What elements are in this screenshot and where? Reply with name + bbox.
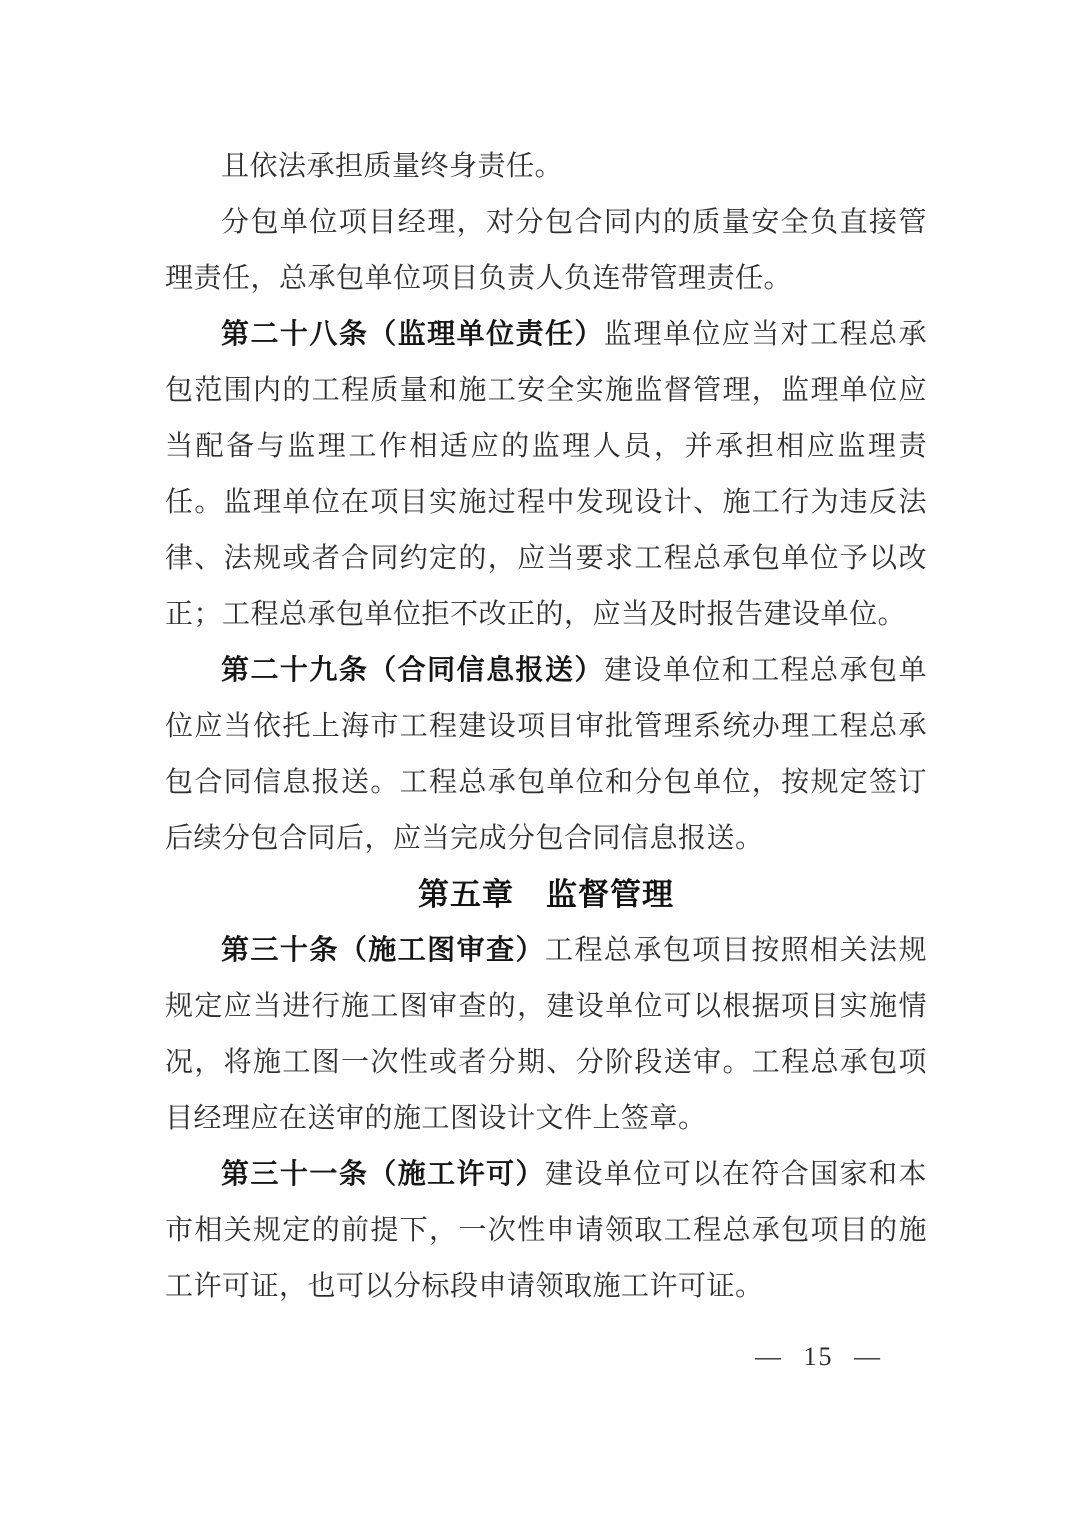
article-heading: 第三十一条（施工许可） xyxy=(221,1159,545,1190)
document-body: 且依法承担质量终身责任。分包单位项目经理，对分包合同内的质量安全负直接管理责任，… xyxy=(165,139,927,1373)
paragraph: 且依法承担质量终身责任。 xyxy=(165,139,927,195)
paragraph: 第三十条（施工图审查）工程总承包项目按照相关法规规定应当进行施工图审查的，建设单… xyxy=(165,923,927,1147)
paragraph: 第二十八条（监理单位责任）监理单位应当对工程总承包范围内的工程质量和施工安全实施… xyxy=(165,307,927,643)
paragraph-container: 且依法承担质量终身责任。分包单位项目经理，对分包合同内的质量安全负直接管理责任，… xyxy=(165,139,927,1315)
chapter-heading: 第五章 监督管理 xyxy=(165,867,927,923)
paragraph: 分包单位项目经理，对分包合同内的质量安全负直接管理责任，总承包单位项目负责人负连… xyxy=(165,195,927,307)
document-page: 且依法承担质量终身责任。分包单位项目经理，对分包合同内的质量安全负直接管理责任，… xyxy=(0,0,1080,1527)
paragraph: 第二十九条（合同信息报送）建设单位和工程总承包单位应当依托上海市工程建设项目审批… xyxy=(165,643,927,867)
article-heading: 第二十九条（合同信息报送） xyxy=(221,655,604,686)
article-heading: 第二十八条（监理单位责任） xyxy=(221,319,604,350)
page-number: — 15 — xyxy=(165,1341,927,1373)
paragraph: 第三十一条（施工许可）建设单位可以在符合国家和本市相关规定的前提下，一次性申请领… xyxy=(165,1147,927,1315)
article-heading: 第三十条（施工图审查） xyxy=(221,935,545,966)
